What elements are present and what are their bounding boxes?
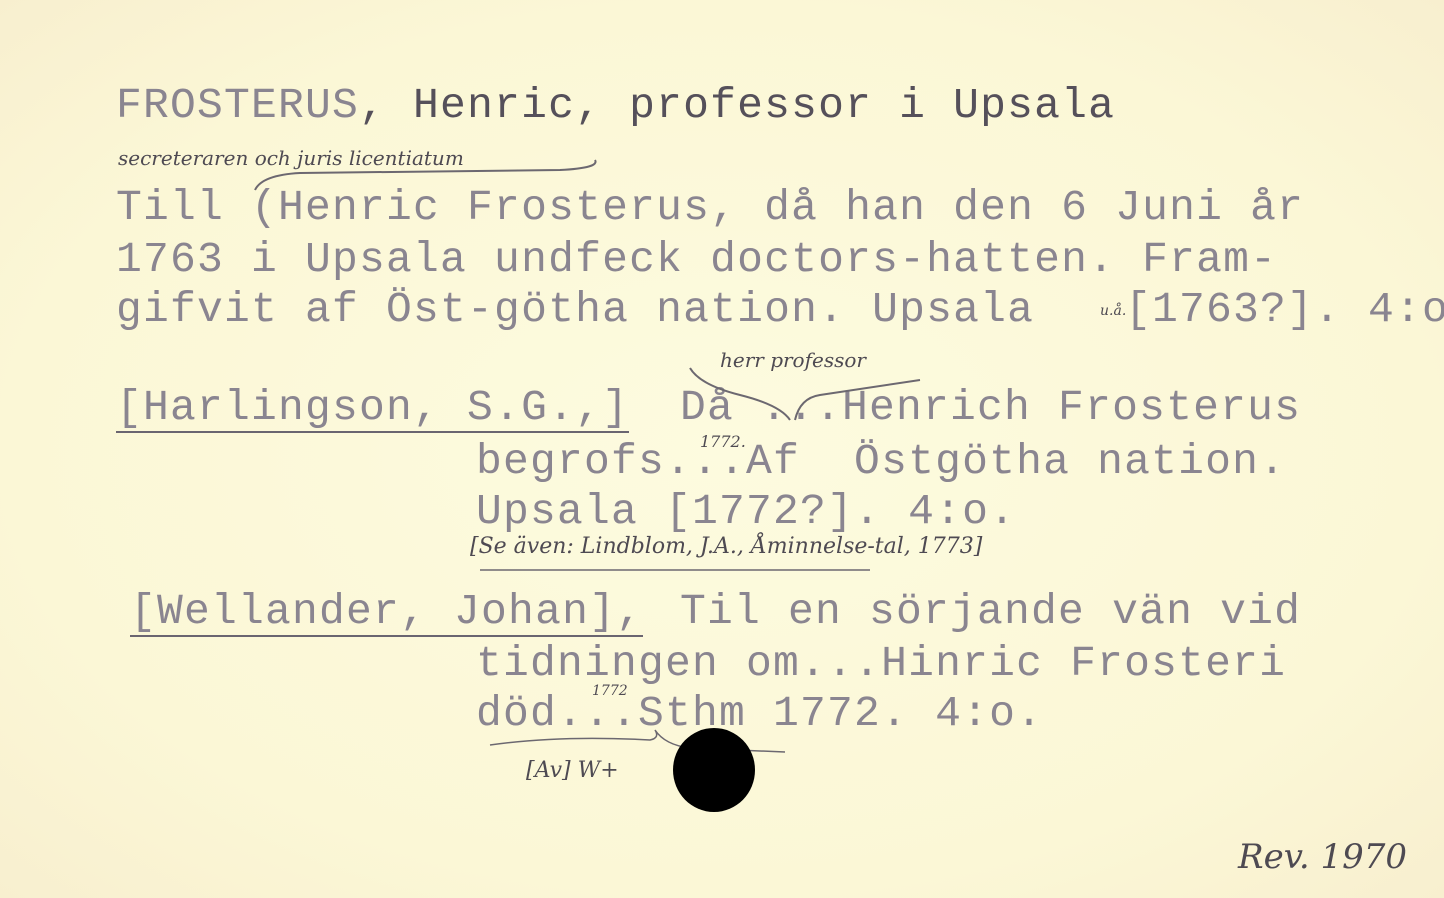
punch-hole bbox=[673, 728, 755, 812]
revision-note: Rev. 1970 bbox=[1238, 840, 1407, 874]
catalog-card: FROSTERUS, Henric, professor i Upsala se… bbox=[0, 0, 1444, 898]
